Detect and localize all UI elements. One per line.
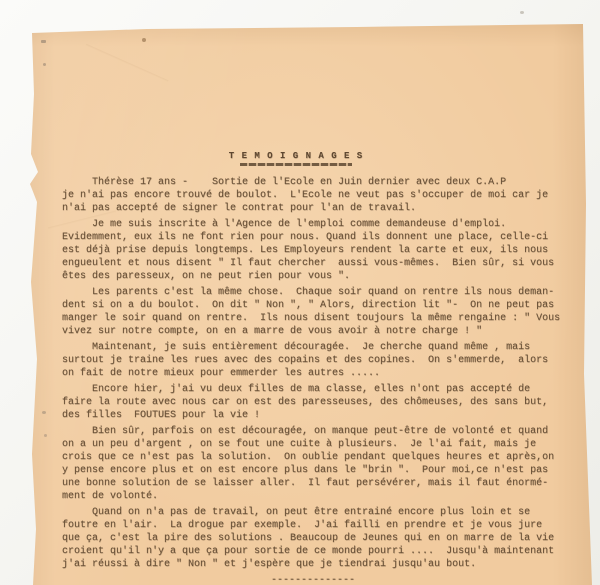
text-line: Thérèse 17 ans - Sortie de l'Ecole en Ju… [62,176,562,189]
pencil-mark [41,40,46,43]
text-line: des filles FOUTUES pour la vie ! [62,409,562,422]
text-line: Maintenant, je suis entièrement décourag… [62,341,562,354]
text-line: on a un peu d'argent , on se fout une cu… [62,438,562,451]
document-title: T E M O I G N A G E S [62,150,530,166]
text-line: crois que ce n'est pas la solution. On o… [62,451,562,464]
text-line: Je me suis inscrite à l'Agence de l'empl… [62,218,562,231]
text-line: j'ai réussi à dire " Non " et j'espère q… [62,558,562,571]
text-line: je n'ai pas encore trouvé de boulot. L'E… [62,189,562,202]
text-line: croient qu'il n'y a que ça pour sortie d… [62,545,562,558]
pencil-mark [44,434,47,437]
typewritten-text-column: T E M O I G N A G E S Thérèse 17 ans - S… [62,150,562,585]
pencil-mark [42,411,46,414]
paragraph: Bien sûr, parfois on est découragée, on … [62,425,562,503]
paragraph: Je me suis inscrite à l'Agence de l'empl… [62,218,562,283]
paragraph: Maintenant, je suis entièrement décourag… [62,341,562,380]
text-line: ment de volonté. [62,490,562,503]
pencil-mark [43,63,46,66]
paragraph: Quand on n'a pas de travail, on peut êtr… [62,506,562,571]
text-line: foutre en l'air. La drogue par exemple. … [62,519,562,532]
text-line: manger le soir quand on rentre. Ils nous… [62,312,562,325]
text-line: une bonne solution de se laisser aller. … [62,477,562,490]
title-text: T E M O I G N A G E S [229,150,363,163]
paper-sheet: T E M O I G N A G E S Thérèse 17 ans - S… [27,24,592,585]
paper-crease [85,44,168,82]
text-line: faire la route avec nous car on est des … [62,396,562,409]
text-line: Les parents c'est la même chose. Chaque … [62,286,562,299]
text-line: que ça, c'est la pire des solutions . Be… [62,532,562,545]
scanner-dust-speck [520,11,524,14]
text-line: est déjà prise depuis longtemps. Les Emp… [62,244,562,257]
scan-background: T E M O I G N A G E S Thérèse 17 ans - S… [0,0,600,585]
paragraph: Encore hier, j'ai vu deux filles de ma c… [62,383,562,422]
text-line: dent si on a du boulot. On dit " Non ", … [62,299,562,312]
ink-speck [142,38,146,42]
text-line: vivez sur notre compte, on en a marre de… [62,325,562,338]
text-line: Bien sûr, parfois on est découragée, on … [62,425,562,438]
text-line: n'ai pas accepté de signer le contrat po… [62,202,562,215]
text-line: on fait de notre mieux pour emmerder les… [62,367,562,380]
text-line: y pense encore plus et on est encore plu… [62,464,562,477]
text-line: surtout je traine les rues avec des copa… [62,354,562,367]
text-line: Quand on n'a pas de travail, on peut êtr… [62,506,562,519]
footer-rule: -------------- [62,574,530,585]
text-line: engueulent et nous disent " Il faut cher… [62,257,562,270]
paragraph: Les parents c'est la même chose. Chaque … [62,286,562,338]
paragraph: Thérèse 17 ans - Sortie de l'Ecole en Ju… [62,176,562,215]
title-underline [240,163,352,166]
text-line: Evidemment, eux ils ne font rien pour no… [62,231,562,244]
text-line: Encore hier, j'ai vu deux filles de ma c… [62,383,562,396]
text-line: êtes des paresseux, on ne peut rien pour… [62,270,562,283]
document-body: Thérèse 17 ans - Sortie de l'Ecole en Ju… [62,176,562,571]
